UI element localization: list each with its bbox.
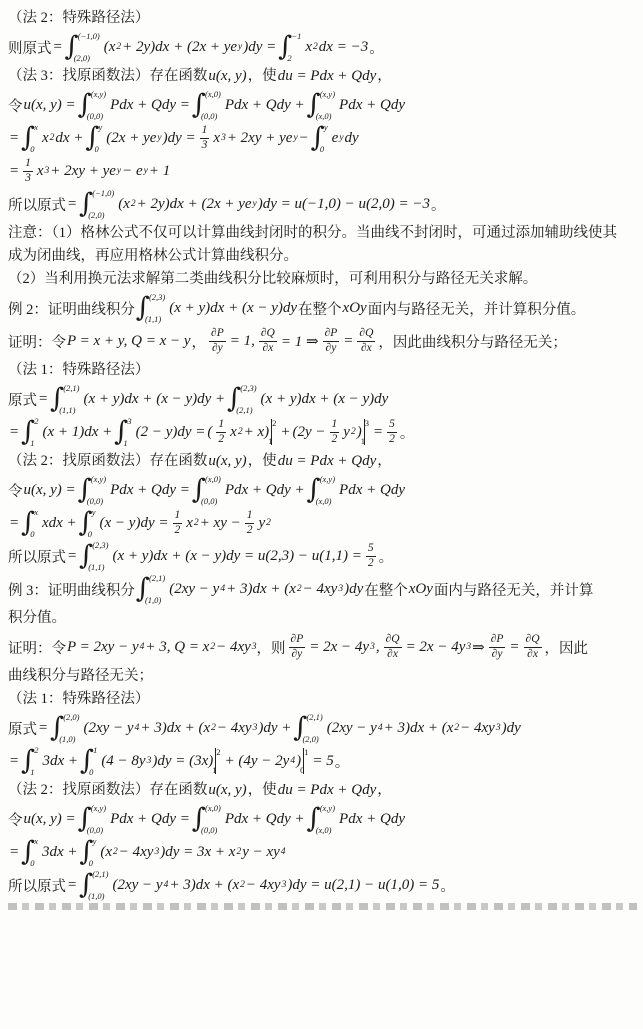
upper-limit: x xyxy=(34,837,38,846)
math-run: 3dx + xyxy=(41,753,79,770)
text-run: ， xyxy=(377,782,392,798)
math-run: Pdx + Qdy + xyxy=(224,811,306,828)
text-run: 则原式 xyxy=(8,37,52,58)
math-run: (x xyxy=(117,196,131,213)
math-run: (x + 1)dx + xyxy=(41,424,113,441)
denominator: ∂y xyxy=(289,648,304,662)
fraction: 52 xyxy=(366,542,376,571)
math-run: )dy = xyxy=(242,39,277,56)
lower-limit: (0,0) xyxy=(87,112,103,121)
numerator: 1 xyxy=(245,509,255,524)
integral-sign: ∫−12 xyxy=(278,32,303,62)
integral-sign: ∫(2,3)(1,1) xyxy=(136,293,167,323)
lower-limit: (1,0) xyxy=(88,892,104,901)
lower-limit: 0 xyxy=(89,859,93,868)
math-run: )dy xyxy=(501,720,522,737)
integral-sign: ∫(x,y)(0,0) xyxy=(78,90,108,120)
text-run: （法 2：找原函数法）存在函数 xyxy=(8,782,207,798)
limits: (x,y)(0,0) xyxy=(91,90,106,120)
limits: y0 xyxy=(99,123,103,153)
denominator: 2 xyxy=(216,433,226,447)
numerator: 1 xyxy=(216,418,226,433)
math-run: + 2xy + ye xyxy=(226,130,294,147)
math-run: Pdx + Qdy + xyxy=(224,482,306,499)
limits: y0 xyxy=(93,837,97,867)
fraction: 12 xyxy=(245,509,255,538)
fraction: 13 xyxy=(23,157,33,186)
math-run: + 2xy + ye xyxy=(49,163,117,180)
text-run: 原式 xyxy=(8,389,37,410)
numerator: ∂Q xyxy=(259,327,277,342)
upper-limit: (x,y) xyxy=(320,475,335,484)
denominator: 2 xyxy=(387,433,397,447)
upper-limit: 1 xyxy=(93,746,97,755)
math-run: u(x, y) = xyxy=(23,97,77,114)
math-run: )dy = 3x + x xyxy=(159,844,236,861)
text-run: 。 xyxy=(369,37,384,58)
limits: (x,0)(0,0) xyxy=(205,804,221,834)
integral-sign: ∫(x,y)(x,0) xyxy=(307,475,337,505)
math-run: + x) xyxy=(243,424,271,441)
limits: (2,1)(1,0) xyxy=(92,870,108,900)
math-run: = xyxy=(66,196,78,213)
limits: (−1,0)(2,0) xyxy=(92,189,114,219)
lower-limit: 1 xyxy=(30,768,34,777)
math-run: u(x, y) xyxy=(207,782,247,798)
math-run: (2xy − y xyxy=(168,581,220,598)
math-run: u(x, y) xyxy=(207,68,247,84)
lower-limit: 0 xyxy=(95,145,99,154)
integral-sign: ∫(2,1)(2,0) xyxy=(293,713,324,743)
eval-bar: 10 xyxy=(303,748,310,774)
limits: 21 xyxy=(34,746,38,776)
text-run: （法 2：特殊路径法） xyxy=(8,10,149,26)
text-run: 例 3：证明曲线积分 xyxy=(8,579,135,600)
limits: 21 xyxy=(272,419,276,445)
math-run: x xyxy=(229,424,238,441)
example2-conclusion: 所以原式=∫(2,3)(1,1)(x + y)dx + (x − y)dy = … xyxy=(8,541,637,571)
math-run: = 2x − 4y xyxy=(308,639,370,656)
math-run: du = Pdx + Qdy xyxy=(277,453,378,469)
upper-limit: 1 xyxy=(304,748,308,757)
math-run: − 4xy xyxy=(215,639,252,656)
math-run: (x + y)dx + (x − y)dy + xyxy=(83,391,227,408)
upper-limit: 3 xyxy=(365,419,369,428)
math-run: + xyxy=(279,424,291,441)
math-run: = xyxy=(66,548,78,565)
upper-limit: y xyxy=(324,123,328,132)
limits: (x,y)(x,0) xyxy=(320,475,335,505)
text-run: （2）当利用换元法求解第二类曲线积分比较麻烦时，可利用积分与路径无关求解。 xyxy=(8,271,537,287)
example3-heading: 例 3：证明曲线积分∫(2,1)(1,0)(2xy − y4+ 3)dx + (… xyxy=(8,574,637,604)
lower-limit: 1 xyxy=(212,766,216,775)
math-run: + 3)dx + (x xyxy=(168,877,240,894)
example2-heading: 例 2：证明曲线积分∫(2,3)(1,1)(x + y)dx + (x − y)… xyxy=(8,293,637,323)
numerator: ∂P xyxy=(323,327,340,342)
math-run: = 1 ⇒ xyxy=(280,332,320,351)
math-run: Pdx + Qdy + xyxy=(224,97,306,114)
numerator: 1 xyxy=(200,124,210,139)
upper-limit: −1 xyxy=(291,32,301,41)
text-run: ，使 xyxy=(248,68,277,84)
integral-sign: ∫y0 xyxy=(80,837,99,867)
limits: (x,0)(0,0) xyxy=(205,90,221,120)
example3-method2-label: （法 2：找原函数法）存在函数u(x, y)，使du = Pdx + Qdy， xyxy=(8,779,637,801)
math-run: Pdx + Qdy xyxy=(338,811,406,828)
upper-limit: (−1,0) xyxy=(92,189,114,198)
lower-limit: (1,0) xyxy=(145,596,161,605)
example3-conclusion: 所以原式=∫(2,1)(1,0)(2xy − y4+ 3)dx + (x2− 4… xyxy=(8,870,637,900)
math-run: = xyxy=(66,877,78,894)
lower-limit: (x,0) xyxy=(316,497,332,506)
example3-formula-paths: 原式=∫(2,0)(1,0)(2xy − y4+ 3)dx + (x2− 4xy… xyxy=(8,713,637,743)
math-run: )dy = xyxy=(162,130,197,147)
math-run: − e xyxy=(121,163,144,180)
upper-limit: (2,0) xyxy=(63,713,79,722)
fraction: ∂Q∂x xyxy=(384,633,402,662)
upper-limit: y xyxy=(99,123,103,132)
math-run: = xyxy=(8,424,20,441)
text-run: 。 xyxy=(431,194,446,215)
document-page: （法 2：特殊路径法）则原式=∫(−1,0)(2,0)(x2+ 2y)dx + … xyxy=(0,0,643,1029)
math-run: = 5 xyxy=(311,753,334,770)
numerator: ∂Q xyxy=(524,633,542,648)
math-run: + 2y)dx + (2x + ye xyxy=(121,39,238,56)
text-run: ，使 xyxy=(248,453,277,469)
text-run: 在整个 xyxy=(364,579,408,600)
text-run: 。 xyxy=(440,875,455,896)
limits: (2,1)(1,0) xyxy=(149,574,165,604)
math-run: − 4xy xyxy=(245,877,282,894)
text-run: 。 xyxy=(335,751,350,772)
math-run: Pdx + Qdy = xyxy=(109,97,191,114)
example3-heading-wrap: 积分值。 xyxy=(8,607,637,629)
lower-limit: 0 xyxy=(30,530,34,539)
integral-sign: ∫(2,1)(1,0) xyxy=(136,574,167,604)
math-run: )dy xyxy=(343,581,364,598)
fraction: ∂P∂y xyxy=(209,327,226,356)
math-run: = 1, xyxy=(229,333,256,350)
fraction: ∂P∂y xyxy=(323,327,340,356)
math-run: du = Pdx + Qdy xyxy=(277,782,378,798)
denominator: 2 xyxy=(366,557,376,571)
lower-limit: 0 xyxy=(30,145,34,154)
upper-limit: (2,1) xyxy=(92,870,108,879)
math-run: ( xyxy=(206,424,213,441)
upper-limit: (2,1) xyxy=(149,574,165,583)
integral-sign: ∫10 xyxy=(80,746,99,776)
math-run: = xyxy=(8,163,20,180)
math-run: )dy + xyxy=(257,720,292,737)
numerator: ∂Q xyxy=(357,327,375,342)
upper-limit: (x,y) xyxy=(320,90,335,99)
limits: y0 xyxy=(324,123,328,153)
text-run: ， xyxy=(192,331,207,352)
math-run: − 4xy xyxy=(216,720,253,737)
upper-limit: (x,y) xyxy=(91,475,106,484)
fraction: ∂Q∂x xyxy=(259,327,277,356)
math-run: + (4y − 2y xyxy=(224,753,291,770)
fraction: ∂Q∂x xyxy=(357,327,375,356)
upper-limit: x xyxy=(34,508,38,517)
numerator: ∂P xyxy=(489,633,506,648)
math-run: Pdx + Qdy = xyxy=(109,811,191,828)
math-run: (x xyxy=(103,39,117,56)
formula-u-def-1: 令u(x, y) =∫(x,y)(0,0)Pdx + Qdy =∫(x,0)(0… xyxy=(8,90,637,120)
upper-limit: x xyxy=(34,123,38,132)
math-run: e xyxy=(331,130,340,147)
math-run: (x − y)dy = xyxy=(99,515,170,532)
limits: (2,3)(1,1) xyxy=(149,293,165,323)
math-run: (x xyxy=(99,844,113,861)
limits: (−1,0)(2,0) xyxy=(78,32,100,62)
example3-method1-label: （法 1：特殊路径法） xyxy=(8,688,637,710)
lower-limit: (0,0) xyxy=(201,826,217,835)
lower-limit: 2 xyxy=(287,54,291,63)
example3-proof-wrap: 曲线积分与路径无关； xyxy=(8,665,637,687)
lower-limit: 0 xyxy=(89,768,93,777)
fraction: 13 xyxy=(200,124,210,153)
eval-bar: 21 xyxy=(215,748,222,774)
math-run: )dy = u(2,1) − u(1,0) = 5 xyxy=(286,877,440,894)
math-run: )dy = (3x) xyxy=(151,753,214,770)
upper-limit: (x,0) xyxy=(205,475,221,484)
text-run: 令 xyxy=(8,809,23,830)
limits: 10 xyxy=(93,746,97,776)
math-run: x xyxy=(41,130,50,147)
fraction: 12 xyxy=(216,418,226,447)
example2-proof: 证明：令P = x + y, Q = x − y，∂P∂y= 1,∂Q∂x= 1… xyxy=(8,326,637,356)
note-paragraph-line1: 注意：（1）格林公式不仅可以计算曲线封闭时的积分。当曲线不封闭时，可通过添加辅助… xyxy=(8,222,637,244)
math-run: x xyxy=(185,515,194,532)
text-run: 例 2：证明曲线积分 xyxy=(8,298,135,319)
lower-limit: (0,0) xyxy=(201,112,217,121)
text-run: ，使 xyxy=(248,782,277,798)
numerator: ∂Q xyxy=(384,633,402,648)
lower-limit: 0 xyxy=(88,530,92,539)
limits: (x,y)(0,0) xyxy=(91,804,106,834)
upper-limit: 2 xyxy=(272,419,276,428)
fraction: ∂P∂y xyxy=(489,633,506,662)
superscript: 2 xyxy=(266,518,271,528)
math-run: = xyxy=(508,639,520,656)
text-run: （法 1：特殊路径法） xyxy=(8,362,149,378)
limits: 10 xyxy=(304,748,308,774)
integral-sign: ∫(x,0)(0,0) xyxy=(192,804,223,834)
numerator: 1 xyxy=(23,157,33,172)
integral-sign: ∫21 xyxy=(21,417,40,447)
integral-sign: ∫(x,y)(0,0) xyxy=(78,804,108,834)
math-run: + xy − xyxy=(199,515,242,532)
lower-limit: (1,0) xyxy=(59,735,75,744)
math-run: = xyxy=(52,39,64,56)
math-run: + 1 xyxy=(148,163,171,180)
lower-limit: (x,0) xyxy=(316,112,332,121)
integral-sign: ∫(2,3)(1,1) xyxy=(79,541,110,571)
denominator: 2 xyxy=(330,433,340,447)
text-run: 成为闭曲线，再应用格林公式计算曲线积分。 xyxy=(8,248,298,264)
integral-sign: ∫x0 xyxy=(21,837,40,867)
integral-sign: ∫x0 xyxy=(21,508,40,538)
limits: x0 xyxy=(34,123,38,153)
integral-sign: ∫(x,y)(x,0) xyxy=(307,90,337,120)
integral-sign: ∫(x,y)(0,0) xyxy=(78,475,108,505)
numerator: ∂P xyxy=(209,327,226,342)
note-paragraph-2: （2）当利用换元法求解第二类曲线积分比较麻烦时，可利用积分与路径无关求解。 xyxy=(8,268,637,290)
math-run: y − xy xyxy=(241,844,281,861)
text-run: 令 xyxy=(8,480,23,501)
text-run: 令 xyxy=(8,95,23,116)
limits: (x,y)(x,0) xyxy=(320,90,335,120)
example2-u-eval: =∫x0xdx +∫y0(x − y)dy =12x2+ xy −12y2 xyxy=(8,508,637,538)
method2-label: （法 2：特殊路径法） xyxy=(8,7,637,29)
example2-u-def: 令u(x, y) =∫(x,y)(0,0)Pdx + Qdy =∫(x,0)(0… xyxy=(8,475,637,505)
math-run: Pdx + Qdy = xyxy=(109,482,191,499)
math-run: )dy = u(−1,0) − u(2,0) = −3 xyxy=(257,196,431,213)
math-run: P = x + y, Q = x − y xyxy=(66,333,192,350)
integral-sign: ∫y0 xyxy=(311,123,330,153)
text-run: （法 3：找原函数法）存在函数 xyxy=(8,68,207,84)
example3-u-def: 令u(x, y) =∫(x,y)(0,0)Pdx + Qdy =∫(x,0)(0… xyxy=(8,804,637,834)
lower-limit: (1,1) xyxy=(88,563,104,572)
math-run: + 3)dx + (x xyxy=(225,581,297,598)
numerator: ∂P xyxy=(289,633,306,648)
formula-result-1: 则原式=∫(−1,0)(2,0)(x2+ 2y)dx + (2x + yey)d… xyxy=(8,32,637,62)
math-run: (x + y)dx + (x − y)dy xyxy=(168,300,298,317)
math-run: x xyxy=(212,130,221,147)
limits: x0 xyxy=(34,508,38,538)
lower-limit: 0 xyxy=(300,766,304,775)
lower-limit: 1 xyxy=(123,439,127,448)
denominator: ∂y xyxy=(490,648,505,662)
text-run: 。 xyxy=(400,422,415,443)
lower-limit: (x,0) xyxy=(316,826,332,835)
formula-conclusion-1: 所以原式=∫(−1,0)(2,0)(x2+ 2y)dx + (2x + yey)… xyxy=(8,189,637,219)
math-run: xOy xyxy=(408,581,434,598)
math-run: = xyxy=(372,424,384,441)
limits: (2,0)(1,0) xyxy=(63,713,79,743)
cutoff-text-line xyxy=(8,903,637,910)
lower-limit: 1 xyxy=(30,439,34,448)
lower-limit: (0,0) xyxy=(87,826,103,835)
math-run: ⇒ xyxy=(471,638,486,657)
math-run: u(x, y) = xyxy=(23,482,77,499)
math-run: − xyxy=(298,130,310,147)
text-run: 注意：（1）格林公式不仅可以计算曲线封闭时的积分。当曲线不封闭时，可通过添加辅助… xyxy=(8,225,617,241)
denominator: ∂x xyxy=(385,648,400,662)
upper-limit: (x,0) xyxy=(205,804,221,813)
integral-sign: ∫y0 xyxy=(85,123,104,153)
lower-limit: 1 xyxy=(268,437,272,446)
limits: (x,0)(0,0) xyxy=(205,475,221,505)
integral-sign: ∫y0 xyxy=(79,508,98,538)
upper-limit: 3 xyxy=(127,417,131,426)
upper-limit: (x,y) xyxy=(320,804,335,813)
upper-limit: 2 xyxy=(34,746,38,755)
denominator: 3 xyxy=(200,139,210,153)
integral-sign: ∫(x,0)(0,0) xyxy=(192,90,223,120)
method3-label: （法 3：找原函数法）存在函数u(x, y)，使du = Pdx + Qdy， xyxy=(8,65,637,87)
math-run: dx + xyxy=(54,130,84,147)
limits: 21 xyxy=(216,748,220,774)
upper-limit: (−1,0) xyxy=(78,32,100,41)
math-run: xOy xyxy=(342,300,368,317)
math-run: dx = −3 xyxy=(318,39,369,56)
upper-limit: y xyxy=(93,837,97,846)
math-run: + 3, Q = x xyxy=(144,639,210,656)
denominator: 3 xyxy=(23,172,33,186)
text-run: 所以原式 xyxy=(8,194,66,215)
math-run: = xyxy=(8,844,20,861)
integral-sign: ∫(2,3)(2,1) xyxy=(227,384,258,414)
math-run: − 4xy xyxy=(302,581,339,598)
example2-method1-label: （法 1：特殊路径法） xyxy=(8,359,637,381)
limits: −12 xyxy=(291,32,301,62)
text-run: 所以原式 xyxy=(8,546,66,567)
integral-sign: ∫(−1,0)(2,0) xyxy=(65,32,102,62)
limits: (2,3)(2,1) xyxy=(240,384,256,414)
math-run: + 3)dx + (x xyxy=(139,720,211,737)
limits: (x,y)(0,0) xyxy=(91,475,106,505)
fraction: 12 xyxy=(173,509,183,538)
text-run: 面内与路径无关，并计算 xyxy=(434,579,594,600)
integral-sign: ∫31 xyxy=(114,417,133,447)
example2-formula-eval: =∫21(x + 1)dx +∫31(2 − y)dy =(12x2+ x)21… xyxy=(8,417,637,447)
math-run: = xyxy=(37,391,49,408)
math-run: P = 2xy − y xyxy=(66,639,140,656)
text-run: 面内与路径无关，并计算积分值。 xyxy=(368,298,586,319)
math-run: Pdx + Qdy xyxy=(338,482,406,499)
text-run: 证明：令 xyxy=(8,637,66,658)
integral-sign: ∫(−1,0)(2,0) xyxy=(79,189,116,219)
denominator: ∂x xyxy=(525,648,540,662)
integral-sign: ∫x0 xyxy=(21,123,40,153)
example2-formula-paths: 原式=∫(2,1)(1,1)(x + y)dx + (x − y)dy +∫(2… xyxy=(8,384,637,414)
math-run: = xyxy=(37,720,49,737)
integral-sign: ∫21 xyxy=(21,746,40,776)
text-run: ，因此 xyxy=(545,637,589,658)
math-run: = 2x − 4y xyxy=(405,639,467,656)
formula-u-simplified-1: =13x3+ 2xy + yey− ey+ 1 xyxy=(8,156,637,186)
limits: (2,1)(1,1) xyxy=(63,384,79,414)
upper-limit: (2,1) xyxy=(63,384,79,393)
lower-limit: 1 xyxy=(361,437,365,446)
denominator: ∂x xyxy=(260,342,275,356)
text-run: ，因此曲线积分与路径无关； xyxy=(378,331,567,352)
math-run: − 4xy xyxy=(459,720,496,737)
math-run: (x + y)dx + (x − y)dy = u(2,3) − u(1,1) … xyxy=(112,548,363,565)
math-run: Pdx + Qdy xyxy=(338,97,406,114)
text-run: 在整个 xyxy=(298,298,342,319)
denominator: ∂x xyxy=(359,342,374,356)
math-run: x xyxy=(36,163,45,180)
text-run: ， xyxy=(377,453,392,469)
math-run: = xyxy=(8,753,20,770)
denominator: 2 xyxy=(173,524,183,538)
math-run: (2x + ye xyxy=(105,130,157,147)
math-run: du = Pdx + Qdy xyxy=(277,68,378,84)
superscript: 4 xyxy=(281,847,286,857)
lower-limit: 0 xyxy=(320,145,324,154)
math-run: = xyxy=(8,515,20,532)
text-run: 原式 xyxy=(8,718,37,739)
denominator: ∂y xyxy=(210,342,225,356)
math-run: (4 − 8y xyxy=(100,753,146,770)
lower-limit: (2,0) xyxy=(88,211,104,220)
lower-limit: (2,0) xyxy=(74,54,90,63)
example3-u-eval: =∫x03dx +∫y0(x2− 4xy3)dy = 3x + x2y − xy… xyxy=(8,837,637,867)
limits: 31 xyxy=(365,419,369,445)
